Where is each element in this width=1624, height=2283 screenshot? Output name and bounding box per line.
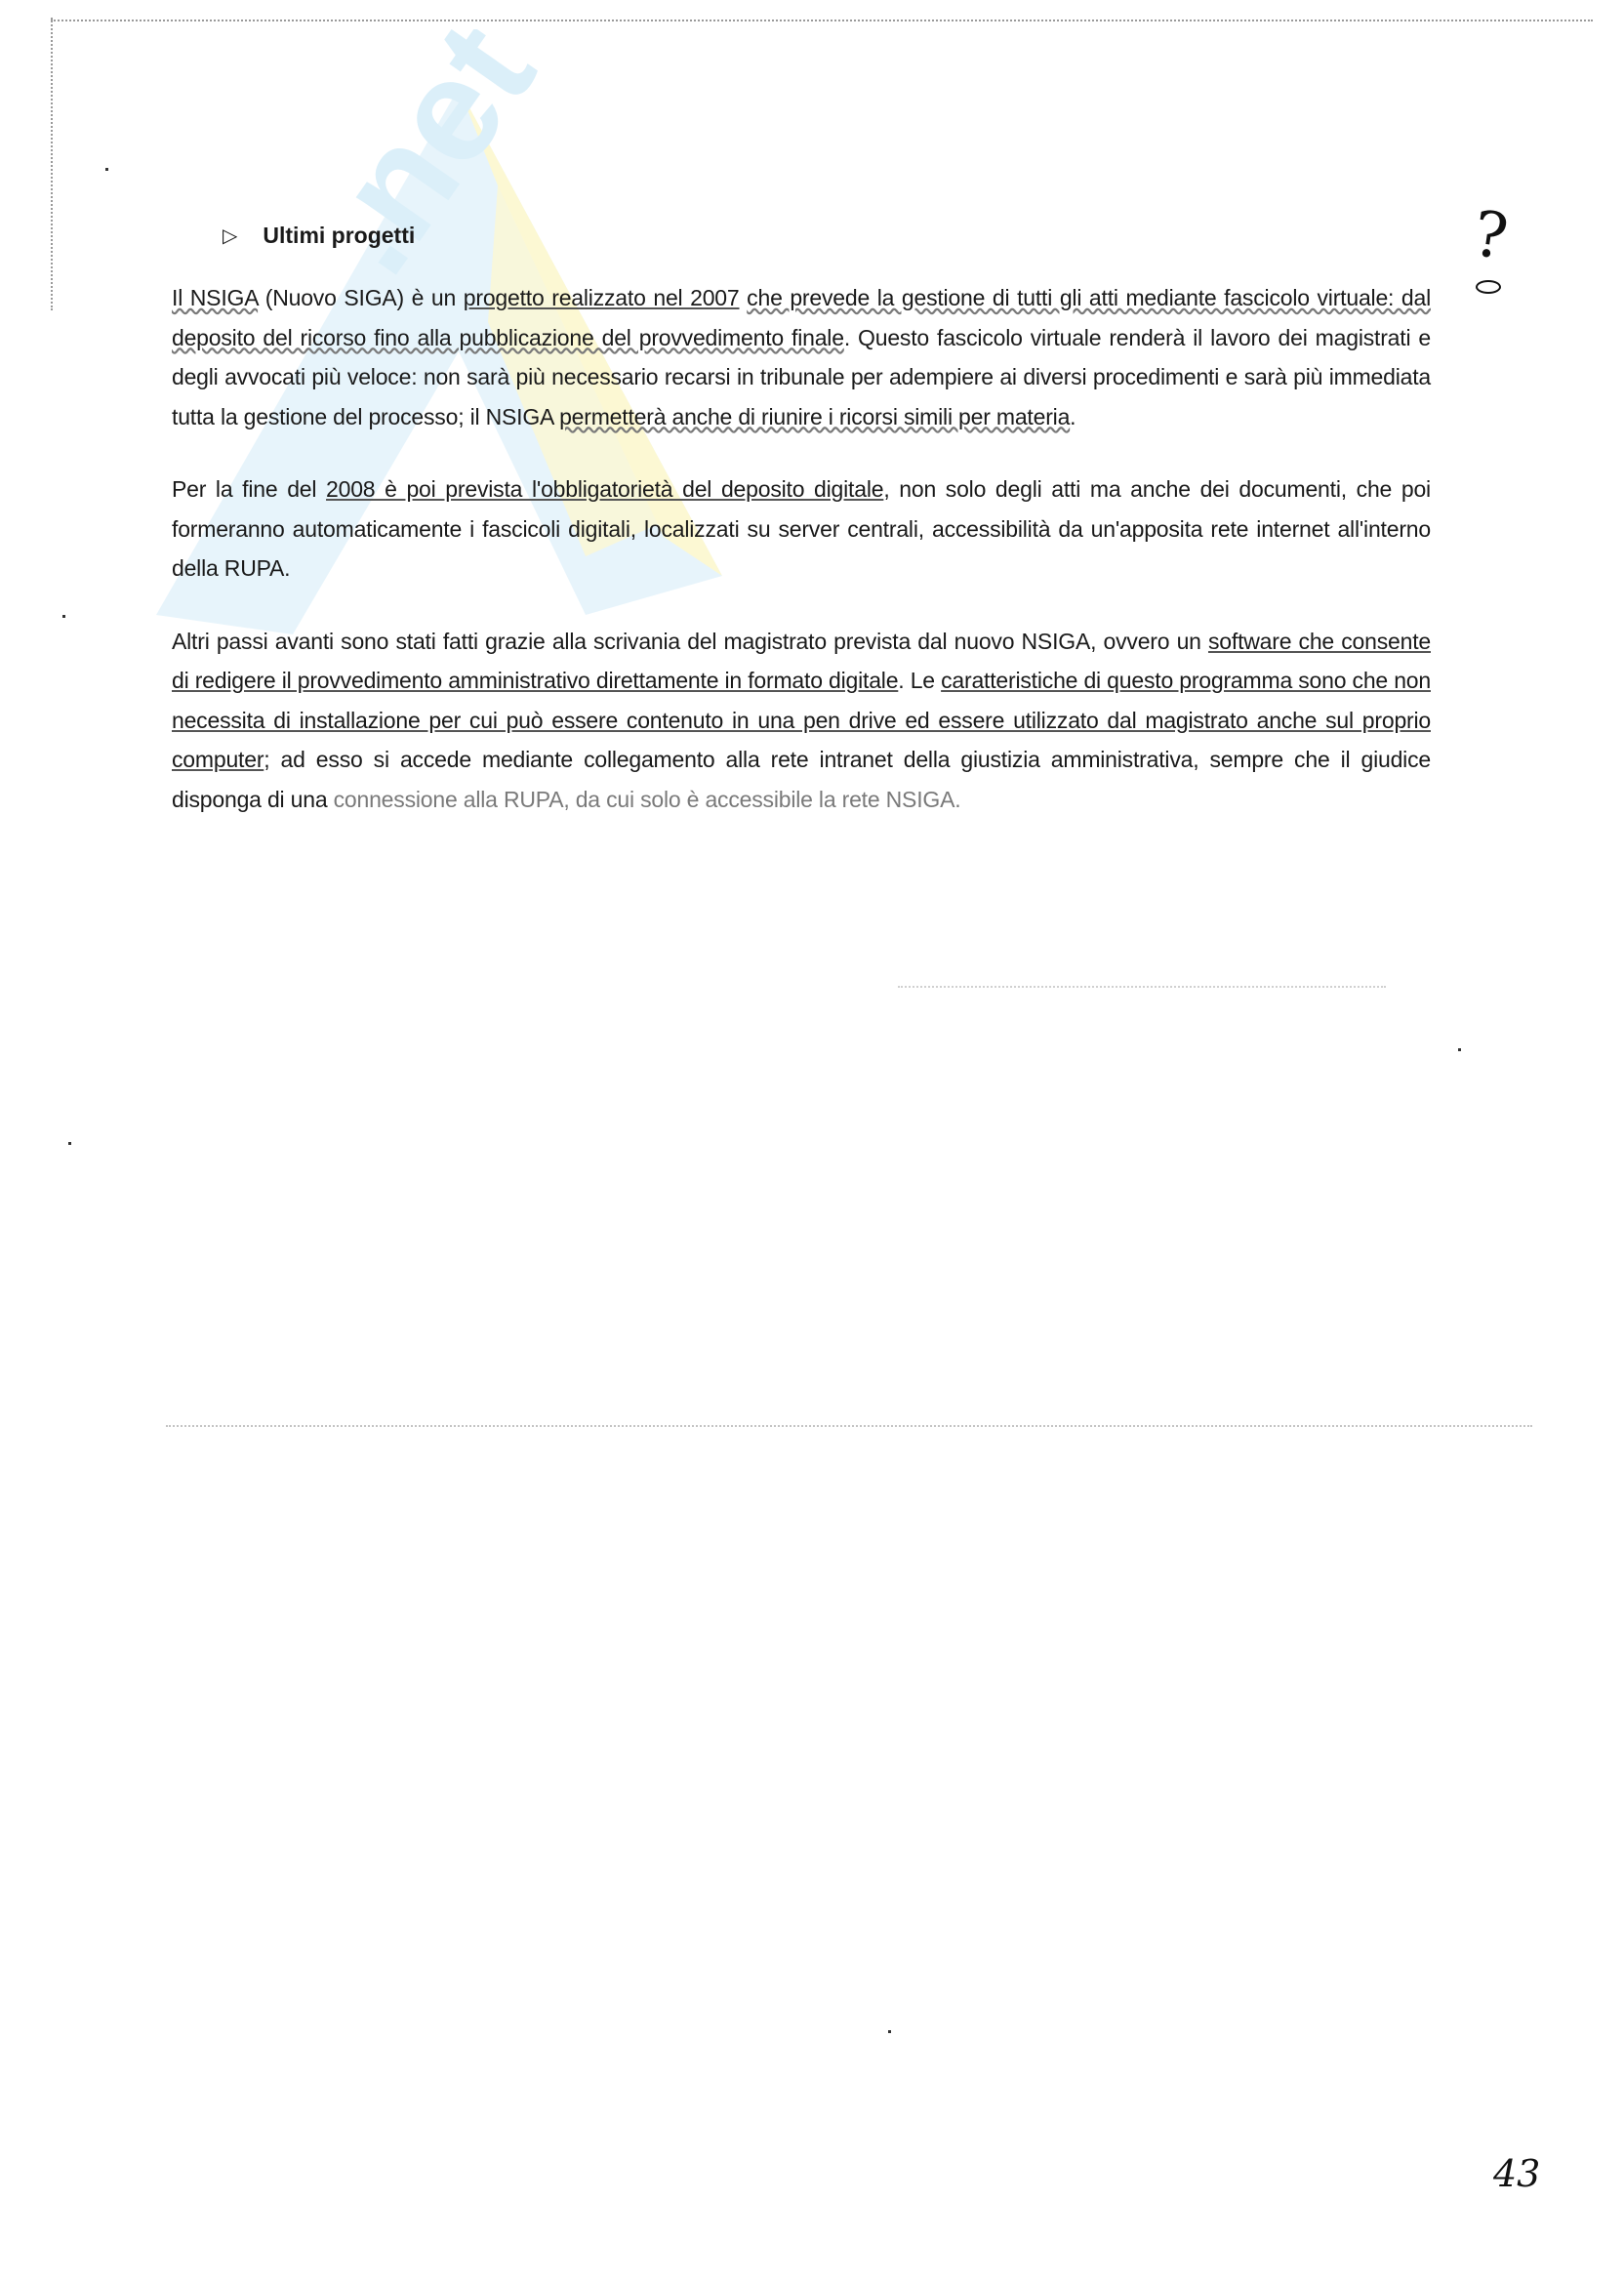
text-run: Il NSIGA: [172, 285, 258, 310]
handwritten-circle-mark: [1476, 280, 1501, 294]
scan-artifact-line: [898, 986, 1386, 988]
scan-speck: [62, 615, 65, 618]
text-run: .: [1070, 404, 1076, 429]
text-run: Altri passi avanti sono stati fatti graz…: [172, 629, 1208, 654]
text-run: connessione alla RUPA, da cui solo è acc…: [334, 787, 961, 812]
paragraph-deposito-digitale: Per la fine del 2008 è poi prevista l'ob…: [172, 469, 1431, 589]
scan-artifact-line: [166, 1425, 1532, 1427]
text-run: progetto realizzato nel 2007: [464, 285, 740, 310]
scan-speck: [1458, 1048, 1461, 1051]
scan-speck: [68, 1142, 71, 1145]
paragraph-scrivania-magistrato: Altri passi avanti sono stati fatti graz…: [172, 622, 1431, 820]
section-heading-text: Ultimi progetti: [263, 223, 415, 249]
text-run: Per la fine del: [172, 476, 326, 502]
paragraph-nsiga: Il NSIGA (Nuovo SIGA) è un progetto real…: [172, 278, 1431, 436]
text-run: permetterà anche di riunire i ricorsi si…: [559, 404, 1070, 429]
text-run: . Le: [898, 668, 941, 693]
document-body: ▷ Ultimi progetti Il NSIGA (Nuovo SIGA) …: [172, 223, 1431, 852]
triangle-bullet-icon: ▷: [223, 224, 237, 248]
section-heading: ▷ Ultimi progetti: [223, 223, 1431, 249]
text-run: (Nuovo SIGA) è un: [258, 285, 464, 310]
handwritten-page-number: 43: [1493, 2152, 1540, 2195]
scan-speck: [888, 2030, 891, 2033]
scan-speck: [105, 168, 108, 171]
text-run: 2008 è poi prevista l'obbligatorietà del…: [326, 476, 883, 502]
handwritten-question-mark: ?: [1469, 198, 1512, 274]
scan-border-top: [51, 20, 1593, 21]
scan-border-left: [51, 18, 53, 310]
